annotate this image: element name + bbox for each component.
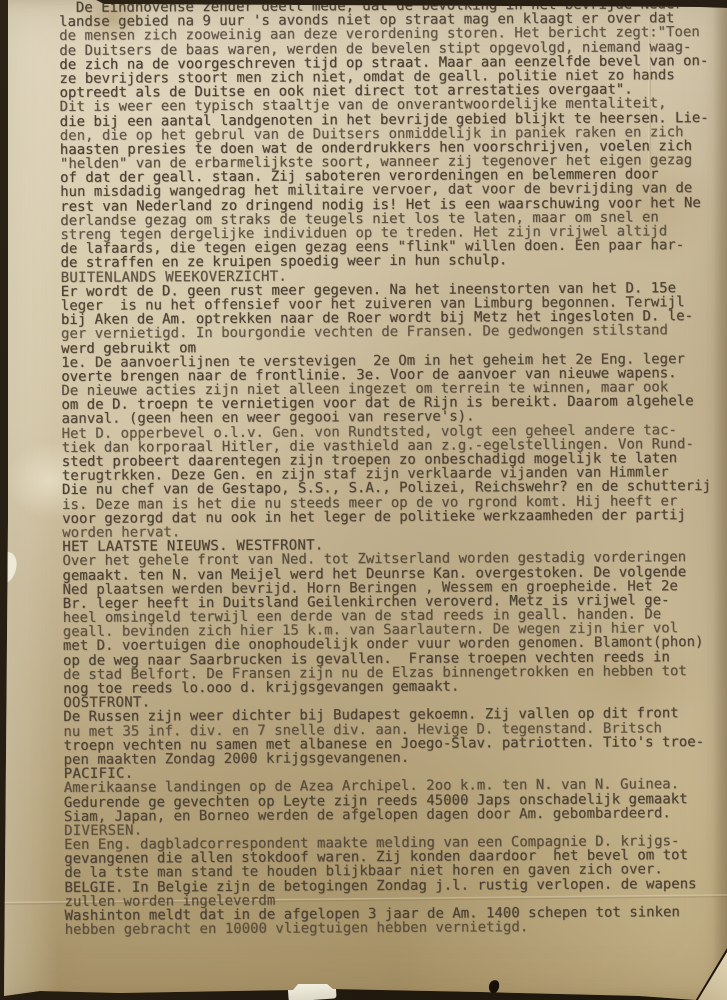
text-line: "helden" van de erbarmelijkste soort, wa…: [60, 153, 727, 171]
text-line: de Duitsers de baas waren, werden de bev…: [59, 39, 727, 57]
text-line: Een Eng. dagbladcorrespondent maakte mel…: [64, 834, 727, 852]
text-line: tiek dan korporaal Hitler, die vasthield…: [62, 437, 727, 455]
text-line: de stad Belfort. De Fransen zijn nu de E…: [63, 664, 727, 682]
scanned-document: De Eindhovense zender deelt mede, dat de…: [0, 0, 727, 1000]
text-line: is. Deze man is het die nu steeds meer o…: [62, 493, 727, 511]
document-page: De Eindhovense zender deelt mede, dat de…: [0, 0, 727, 1000]
text-line: leger is nu het offensief voor het zuive…: [61, 295, 727, 313]
text-line: Ned plaatsen werden bevrijd. Horn Bering…: [63, 579, 727, 597]
text-line: ze bevrijders stoort men zich niet, omda…: [59, 68, 727, 86]
typewritten-text: De Eindhovense zender deelt mede, dat de…: [59, 0, 727, 937]
text-line: hebben gebracht en 10000 vliegtuigen heb…: [65, 919, 727, 937]
text-line: 1e. De aanvoerlijnen te verstevigen 2e O…: [61, 352, 727, 370]
text-line: De nieuwe acties zijn niet alleen ingeze…: [61, 380, 727, 398]
text-line: nu met 35 inf. div. en 7 snelle div. aan…: [63, 720, 727, 738]
text-line: den, die op het gebrul van de Duitsers o…: [60, 125, 727, 143]
